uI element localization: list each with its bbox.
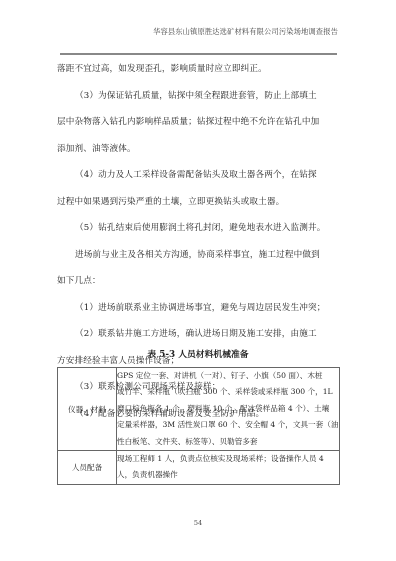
table-row: 仪器、材料 GPS 定位一套、对讲机（一对）、钉子、小旗（50 面）、木桩 或竹…	[58, 368, 340, 451]
paragraph-line: （4）动力及人工采样设备需配备钻头及取土器各两个，在钻探	[57, 162, 341, 189]
row-content: 现场工程师 1 人，负责点位核实及现场采样；设备操作人员 4 人，负责机器操作	[117, 451, 340, 485]
cell-line: 磨口棕色瓶各 1 个，塑料瓶 10 个，配冰袋样品箱 4 个）、土壤	[117, 401, 339, 417]
header-title: 华容县东山镇原胜达选矿材料有限公司污染场地调查报告	[153, 27, 338, 37]
cell-line: 性白板笔、文件夹、标签等）、贝勒管多套	[117, 434, 339, 450]
paragraph-line: （3）为保证钻孔质量，钻探中须全程跟进套管，防止上部填土	[57, 83, 341, 110]
paragraph-line: 过程中如果遇到污染严重的土壤，立即更换钻头或取土器。	[57, 189, 341, 216]
table-caption: 表 5-3 人员材料机械准备	[0, 347, 396, 360]
paragraph-line: 添加剂、油等液体。	[57, 136, 341, 163]
cell-line: 人，负责机器操作	[117, 467, 339, 483]
paragraph-line: （5）钻孔结束后使用膨润土将孔封闭，避免地表水进入监测井。	[57, 215, 341, 242]
cell-line: 或竹竿、采样瓶（吹扫瓶 300 个、采样袋或采样瓶 300 个，1L	[117, 384, 339, 400]
paragraph-line: 如下几点：	[57, 268, 341, 295]
cell-line: GPS 定位一套、对讲机（一对）、钉子、小旗（50 面）、木桩	[117, 368, 339, 384]
header-divider	[60, 53, 337, 55]
cell-line: 现场工程师 1 人，负责点位核实及现场采样；设备操作人员 4	[117, 451, 339, 467]
paragraph-line: 落距不宜过高，如发现歪孔，影响质量时应立即纠正。	[57, 56, 341, 83]
row-label: 人员配备	[58, 451, 117, 485]
row-label: 仪器、材料	[58, 368, 117, 451]
page-number: 54	[0, 519, 396, 527]
paragraph-line: （2）联系钻井施工方进场，确认进场日期及施工安排，由施工	[57, 321, 341, 348]
paragraph-line: 进场前与业主及各相关方沟通，协商采样事宜，施工过程中做到	[57, 242, 341, 269]
cell-line: 定量采样器，3M 活性炭口罩 60 个、安全帽 4 个，文具一套（油	[117, 417, 339, 433]
paragraph-line: （1）进场前联系业主协调进场事宜，避免与周边居民发生冲突；	[57, 295, 341, 322]
preparation-table: 仪器、材料 GPS 定位一套、对讲机（一对）、钉子、小旗（50 面）、木桩 或竹…	[57, 367, 340, 485]
row-content: GPS 定位一套、对讲机（一对）、钉子、小旗（50 面）、木桩 或竹竿、采样瓶（…	[117, 368, 340, 451]
paragraph-line: 层中杂物落入钻孔内影响样品质量；钻探过程中绝不允许在钻孔中加	[57, 109, 341, 136]
table-row: 人员配备 现场工程师 1 人，负责点位核实及现场采样；设备操作人员 4 人，负责…	[58, 451, 340, 485]
